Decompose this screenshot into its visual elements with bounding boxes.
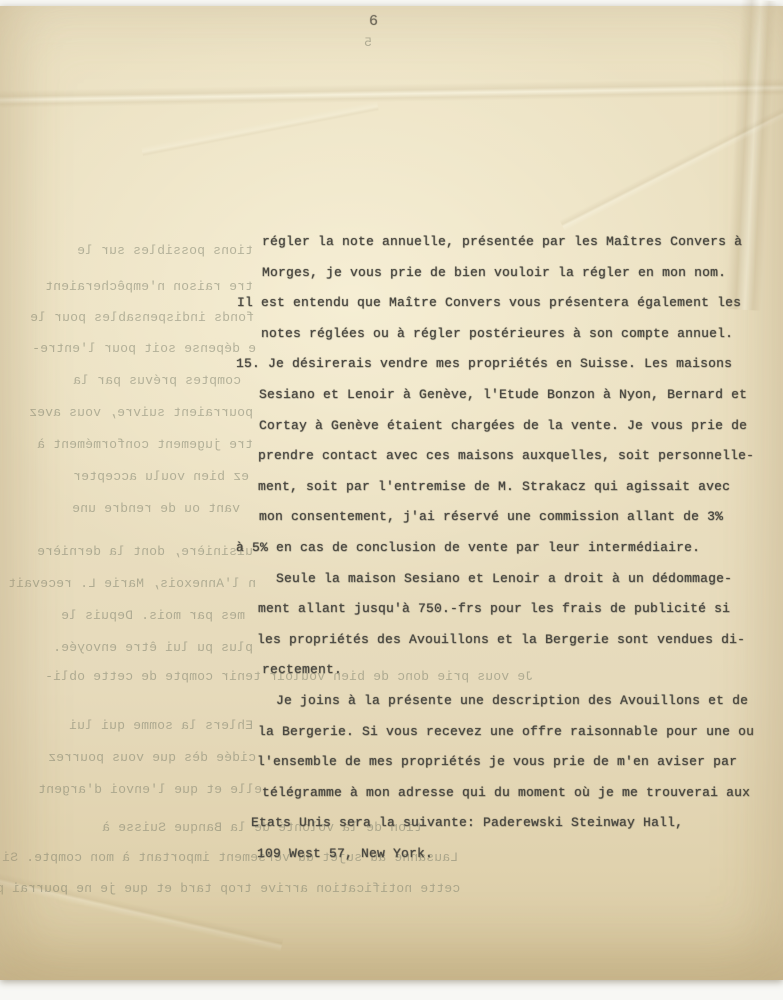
typewritten-line: la Bergerie. Si vous recevez une offre r… xyxy=(258,723,754,740)
typewritten-line: télégramme à mon adresse qui du moment o… xyxy=(262,784,750,801)
bleedthrough-line: Je vous prie donc de bien vouloir tenir … xyxy=(45,668,533,685)
bleedthrough-line: Lausanne au sujet du versement important… xyxy=(2,849,458,866)
bleedthrough-line: vant ou de rendre une xyxy=(72,500,240,517)
typewritten-line: ment, soit par l'entremise de M. Strakac… xyxy=(258,478,730,495)
bleedthrough-line: tre raison n'empêcheraient xyxy=(45,278,253,295)
typewritten-text-layer: régler la note annuelle, présentée par l… xyxy=(0,6,783,980)
typewritten-line: prendre contact avec ces maisons auxquel… xyxy=(258,447,754,464)
paper-crease-horizontal xyxy=(0,78,783,108)
paper-fold-right xyxy=(725,0,777,311)
bleedthrough-line: elle et que l'envoi d'argent xyxy=(38,781,262,798)
bleedthrough-line: ez bien voulu accepter xyxy=(73,468,249,485)
typewritten-line: régler la note annuelle, présentée par l… xyxy=(262,233,742,250)
bleedthrough-line: fonds indispensables pour le xyxy=(30,309,254,326)
typewritten-line: Sesiano et Lenoir à Genève, l'Etude Bonz… xyxy=(259,386,747,403)
typewritten-line: les propriétés des Avouillons et la Berg… xyxy=(257,631,745,648)
bleedthrough-line: e dépense soit pour l'entre- xyxy=(32,340,256,357)
typewritten-line: Cortay à Genève étaient chargées de la v… xyxy=(259,417,747,434)
typewritten-line: à 5% en cas de conclusion de vente par l… xyxy=(236,539,700,556)
typewritten-line: mon consentement, j'ai réservé une commi… xyxy=(259,508,723,525)
bleedthrough-line: n l'Annexois, Marie L. recevait xyxy=(8,575,256,592)
typewritten-line: Je joins à la présente une description d… xyxy=(276,692,748,709)
bleedthrough-line: pourraient suivre, vous avez xyxy=(29,404,253,421)
page-number: 6 xyxy=(369,13,378,30)
bleedthrough-line: Ehlers la somme qui lui xyxy=(69,717,253,734)
bleedthrough-line: uisinière, dont la dernière xyxy=(37,543,253,560)
document-page: 6 5 tions possibles sur letre raison n'e… xyxy=(0,6,783,980)
typewritten-line: l'ensemble de mes propriétés je vous pri… xyxy=(257,753,737,770)
bleedthrough-text-layer: tions possibles sur letre raison n'empêc… xyxy=(0,6,783,980)
bleedthrough-line: tions possibles sur le xyxy=(77,242,253,259)
typewritten-line: Morges, je vous prie de bien vouloir la … xyxy=(262,264,726,281)
paper-crease-topleft xyxy=(141,101,378,157)
typewritten-line: notes réglées ou à régler postérieures à… xyxy=(261,325,733,342)
typewritten-line: rectement. xyxy=(262,661,342,678)
paper-crease-diagonal-bottomleft xyxy=(0,866,283,952)
bleedthrough-page-number: 5 xyxy=(364,35,372,50)
paper-crease-diagonal-topright xyxy=(560,93,783,231)
bleedthrough-line: comptes prévus par la xyxy=(73,372,241,389)
bleedthrough-line: plus pu lui être envoyée. xyxy=(53,639,253,656)
typewritten-line: Il est entendu que Maître Convers vous p… xyxy=(237,294,741,311)
typewritten-line: 109 West 57, New York. xyxy=(257,845,433,862)
bleedthrough-line: tion de la volonté de la Banque Suisse à xyxy=(102,819,422,836)
bleedthrough-line: cette notification arrive trop tard et q… xyxy=(0,880,460,897)
typewritten-line: ment allant jusqu'à 750.-frs pour les fr… xyxy=(258,600,730,617)
typewritten-line: Seule la maison Sesiano et Lenoir a droi… xyxy=(276,570,732,587)
bleedthrough-line: tre jugement conformément à xyxy=(37,436,253,453)
bleedthrough-line: cidée dès que vous pourrez xyxy=(48,749,256,766)
typewritten-line: Etats Unis sera la suivante: Paderewski … xyxy=(251,814,683,831)
bleedthrough-line: mes par mois. Depuis le xyxy=(61,607,245,624)
typewritten-line: 15. Je désirerais vendre mes propriétés … xyxy=(236,355,732,372)
